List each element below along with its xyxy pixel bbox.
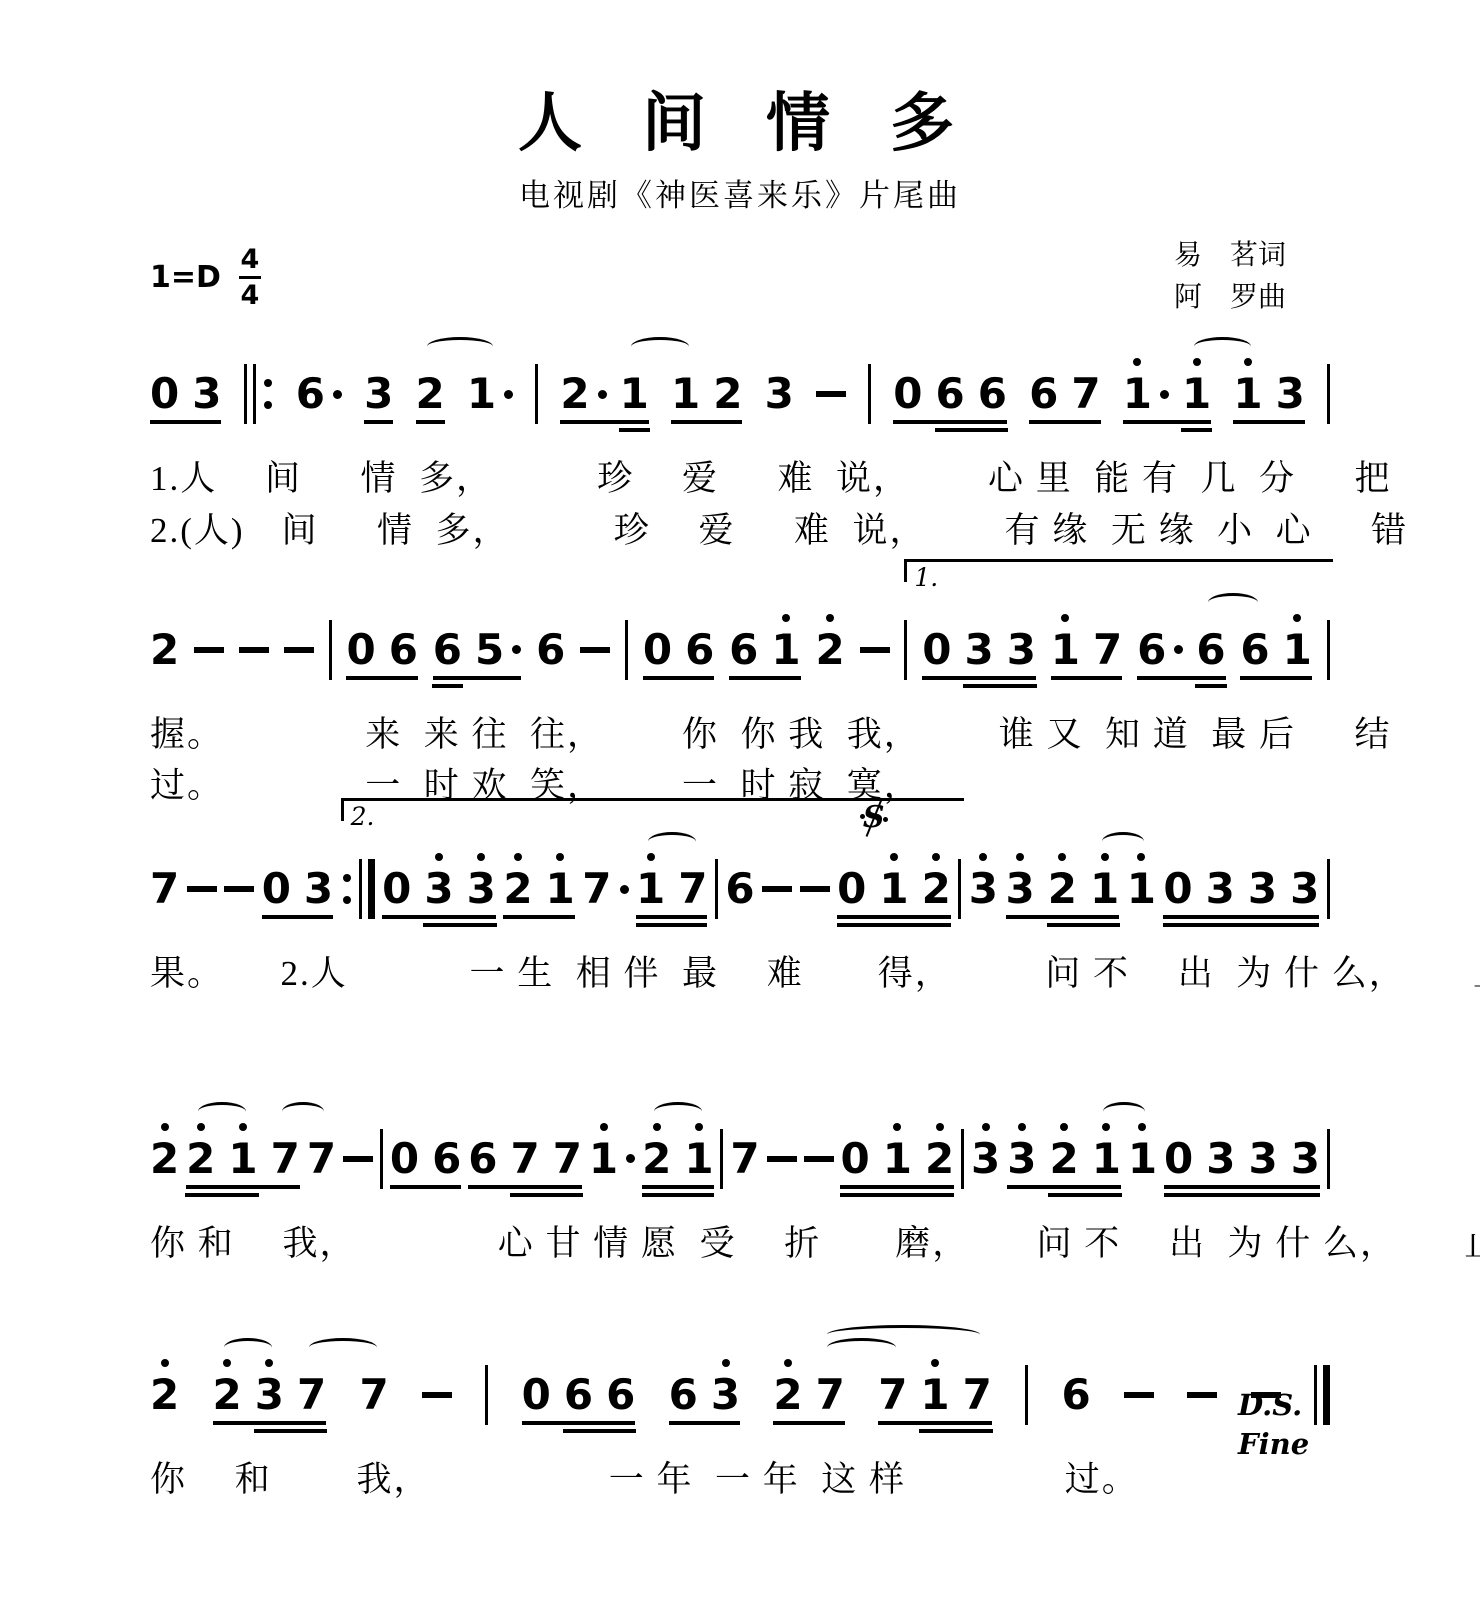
octave-dot-icon xyxy=(1058,853,1066,861)
augmentation-dot-icon xyxy=(504,390,513,399)
note-value: 1 xyxy=(1233,373,1262,415)
octave-dot-icon xyxy=(647,853,655,861)
note-token: 6 xyxy=(536,629,565,671)
octave-dot-icon xyxy=(1060,1123,1068,1131)
note: 2 xyxy=(213,1374,242,1416)
note-value: 1 xyxy=(1182,373,1211,415)
beam-group: 21 xyxy=(560,373,648,415)
note-value: 6 xyxy=(978,373,1007,415)
barline-stroke xyxy=(1314,1365,1317,1425)
note-value: 1 xyxy=(620,373,649,415)
slur xyxy=(1208,593,1258,612)
note-token: 7 xyxy=(307,1138,336,1180)
note-token: 3 xyxy=(969,868,998,910)
system-1: 036321211230666711131.人 间 情 多， 珍 爱 难 说， … xyxy=(0,361,1480,553)
segno-dot xyxy=(883,817,888,822)
note-value: 2 xyxy=(503,868,532,910)
octave-dot-icon xyxy=(477,853,485,861)
note-value: 0 xyxy=(522,1374,551,1416)
note-token: 2 xyxy=(150,629,179,671)
barline-stroke xyxy=(244,364,247,424)
note: 0 xyxy=(262,868,291,910)
note: 1 xyxy=(546,868,575,910)
beam-group: 11 xyxy=(1123,373,1211,415)
final-barline xyxy=(1314,1365,1330,1425)
note-value: 6 xyxy=(606,1374,635,1416)
note: 3 xyxy=(1007,1138,1036,1180)
beam-subgroup: 66 xyxy=(564,1374,635,1416)
note-value: 1 xyxy=(1123,373,1152,415)
octave-dot-icon xyxy=(784,1359,792,1367)
note-value: 3 xyxy=(1007,1138,1036,1180)
note-value: 3 xyxy=(304,868,333,910)
key-text: 1=D xyxy=(150,260,221,295)
notes-row: 2237706663277176 xyxy=(150,1362,1330,1428)
octave-dot-icon xyxy=(1244,358,1252,366)
note-value: 6 xyxy=(296,373,325,415)
slur xyxy=(631,337,688,356)
note-value: 7 xyxy=(582,868,611,910)
note: 7 xyxy=(1093,629,1122,671)
note-value: 6 xyxy=(729,629,758,671)
note: 6 xyxy=(725,868,754,910)
note: 3 xyxy=(1291,1138,1320,1180)
octave-dot-icon xyxy=(265,1359,273,1367)
note-value: 6 xyxy=(468,1138,497,1180)
beam-group: 27 xyxy=(773,1374,844,1416)
octave-dot-icon xyxy=(1293,614,1301,622)
augmentation-dot-icon xyxy=(333,390,342,399)
note-value: 3 xyxy=(1206,1138,1235,1180)
augmentation-dot-icon xyxy=(620,885,629,894)
note: 1 xyxy=(1233,373,1262,415)
note: 2 xyxy=(713,373,742,415)
note-value: 7 xyxy=(360,1374,389,1416)
note: 6 xyxy=(1029,373,1058,415)
barline xyxy=(1327,620,1330,680)
note: 0 xyxy=(840,1138,869,1180)
repeat-close-barline xyxy=(341,859,375,919)
barline xyxy=(868,364,871,424)
note: 6 xyxy=(936,373,965,415)
note: 0 xyxy=(390,1138,419,1180)
duration-dash xyxy=(1187,1392,1217,1398)
note: 2 xyxy=(773,1374,802,1416)
duration-dash xyxy=(800,886,830,892)
duration-dash xyxy=(422,1392,452,1398)
beam-group: 67 xyxy=(1029,373,1100,415)
octave-dot-icon xyxy=(1133,358,1141,366)
beam-group: 03 xyxy=(262,868,333,910)
lyricist-credit: 易 茗词 xyxy=(1174,235,1286,277)
note: 0 xyxy=(150,373,179,415)
note-value: 2 xyxy=(815,629,844,671)
note-value: 1 xyxy=(920,1374,949,1416)
octave-dot-icon xyxy=(931,1359,939,1367)
beam-group: 0333 xyxy=(1163,868,1319,910)
slur xyxy=(198,1102,246,1121)
note: 1 xyxy=(1123,373,1169,415)
duration-dash xyxy=(224,886,254,892)
note: 7 xyxy=(678,868,707,910)
octave-dot-icon xyxy=(722,1359,730,1367)
octave-dot-icon xyxy=(979,853,987,861)
note: 6 xyxy=(296,373,342,415)
note-value: 6 xyxy=(725,868,754,910)
note: 6 xyxy=(389,629,418,671)
barline xyxy=(1025,1365,1028,1425)
note: 6 xyxy=(1196,629,1225,671)
note: 1 xyxy=(671,373,700,415)
note-value: 6 xyxy=(433,629,462,671)
note-value: 6 xyxy=(564,1374,593,1416)
note-value: 1 xyxy=(636,868,665,910)
note-token: 6 xyxy=(296,373,342,415)
beam-subgroup: 1 xyxy=(1182,373,1211,415)
system-4: 22177066771217012332110333你 和 我， 心 甘 情 愿… xyxy=(0,1126,1480,1266)
note-token: 1 xyxy=(1127,868,1156,910)
note-value: 3 xyxy=(1007,629,1036,671)
note-token: 7 xyxy=(730,1138,759,1180)
note-value: 0 xyxy=(150,373,179,415)
note-value: 2 xyxy=(560,373,589,415)
note-value: 1 xyxy=(1051,629,1080,671)
note-value: 0 xyxy=(840,1138,869,1180)
note: 7 xyxy=(150,868,179,910)
segno-icon: S xyxy=(860,800,888,836)
beam-group: 61 xyxy=(1240,629,1311,671)
time-signature: 4 4 xyxy=(239,246,261,309)
repeat-open-barline xyxy=(244,364,274,424)
octave-dot-icon xyxy=(893,1123,901,1131)
beam-subgroup: 21 xyxy=(186,1138,257,1180)
note: 2 xyxy=(925,1138,954,1180)
barline xyxy=(961,1129,964,1189)
octave-dot-icon xyxy=(197,1123,205,1131)
barline xyxy=(1327,364,1330,424)
note: 0 xyxy=(837,868,866,910)
note: 6 xyxy=(685,629,714,671)
note: 2 xyxy=(642,1138,671,1180)
note: 1 xyxy=(228,1138,257,1180)
note-value: 3 xyxy=(364,373,393,415)
ds-label: D.S. xyxy=(1238,1386,1309,1425)
beam-group: 21 xyxy=(642,1138,713,1180)
octave-dot-icon xyxy=(826,614,834,622)
augmentation-dot-icon xyxy=(598,390,607,399)
note-value: 3 xyxy=(971,1138,1000,1180)
system-2: 206656066120331766611.握。 来 来 往 往， 你 你 我 … xyxy=(0,617,1480,809)
beam-subgroup: 33 xyxy=(964,629,1035,671)
note: 3 xyxy=(1248,868,1277,910)
note-value: 0 xyxy=(837,868,866,910)
duration-dash xyxy=(343,1156,373,1162)
meta-row: 1=D 4 4 易 茗词 阿 罗曲 xyxy=(150,235,1330,319)
note: 3 xyxy=(711,1374,740,1416)
note: 3 xyxy=(192,373,221,415)
beam-group: 012 xyxy=(840,1138,954,1180)
note: 6 xyxy=(1137,629,1183,671)
octave-dot-icon xyxy=(1137,853,1145,861)
duration-dash xyxy=(580,647,610,653)
note-value: 3 xyxy=(192,373,221,415)
note: 0 xyxy=(922,629,951,671)
note: 2 xyxy=(416,373,445,415)
barline xyxy=(1327,1129,1330,1189)
augmentation-dot-icon xyxy=(1160,390,1169,399)
note: 1 xyxy=(879,868,908,910)
composer-credit: 阿 罗曲 xyxy=(1174,277,1286,319)
beam-group: 06 xyxy=(643,629,714,671)
beam-group: 66 xyxy=(1137,629,1225,671)
note-value: 7 xyxy=(1071,373,1100,415)
augmentation-dot-icon xyxy=(512,645,521,654)
note: 5 xyxy=(475,629,521,671)
note-value: 2 xyxy=(1048,868,1077,910)
note-value: 6 xyxy=(936,373,965,415)
note: 2 xyxy=(1048,868,1077,910)
note: 7 xyxy=(297,1374,326,1416)
beam-group: 3 xyxy=(364,373,393,415)
note-value: 7 xyxy=(553,1138,582,1180)
barline xyxy=(958,859,961,919)
note: 6 xyxy=(1061,1374,1090,1416)
lyrics-line-1: 握。 来 来 往 往， 你 你 我 我， 谁 又 知 道 最 后 结 xyxy=(150,713,1330,757)
note-value: 0 xyxy=(643,629,672,671)
note-value: 3 xyxy=(969,868,998,910)
note-value: 2 xyxy=(925,1138,954,1180)
note: 1 xyxy=(1128,1138,1157,1180)
octave-dot-icon xyxy=(161,1123,169,1131)
note: 3 xyxy=(765,373,794,415)
note-token: 2 xyxy=(815,629,844,671)
octave-dot-icon xyxy=(1138,1123,1146,1131)
note: 6 xyxy=(432,1138,461,1180)
note-value: 3 xyxy=(467,868,496,910)
note: 2 xyxy=(150,1138,179,1180)
note-value: 2 xyxy=(642,1138,671,1180)
beam-subgroup: 21 xyxy=(1048,868,1119,910)
note: 7 xyxy=(963,1374,992,1416)
note-value: 1 xyxy=(1092,1138,1121,1180)
barline xyxy=(720,1129,723,1189)
note-value: 6 xyxy=(536,629,565,671)
octave-dot-icon xyxy=(556,853,564,861)
barline-stroke xyxy=(253,364,256,424)
beam-subgroup: 37 xyxy=(255,1374,326,1416)
note-token: 7 xyxy=(360,1374,389,1416)
note-token: 1 xyxy=(589,1138,635,1180)
note: 3 xyxy=(1006,868,1035,910)
note: 3 xyxy=(1206,1138,1235,1180)
duration-dash xyxy=(284,647,314,653)
duration-dash xyxy=(767,1156,797,1162)
note-value: 2 xyxy=(150,1138,179,1180)
octave-dot-icon xyxy=(514,853,522,861)
duration-dash xyxy=(804,1156,834,1162)
volta-label: 1. xyxy=(914,563,938,592)
beam-subgroup: 6 xyxy=(1196,629,1225,671)
note: 2 xyxy=(1049,1138,1078,1180)
note: 7 xyxy=(730,1138,759,1180)
octave-dot-icon xyxy=(1061,614,1069,622)
barline xyxy=(1327,859,1330,919)
duration-dash xyxy=(187,886,217,892)
time-signature-top: 4 xyxy=(241,246,260,273)
note-value: 6 xyxy=(432,1138,461,1180)
note-value: 1 xyxy=(671,373,700,415)
note: 7 xyxy=(1071,373,1100,415)
octave-dot-icon xyxy=(653,1123,661,1131)
octave-dot-icon xyxy=(982,1123,990,1131)
beam-group: 321 xyxy=(1007,1138,1121,1180)
barline xyxy=(904,620,907,680)
slur xyxy=(654,1102,702,1121)
slur xyxy=(427,337,493,356)
notes-row: 7030332171760123321103332.S xyxy=(150,856,1330,922)
note-value: 3 xyxy=(1290,868,1319,910)
note: 1 xyxy=(467,373,513,415)
note-value: 5 xyxy=(475,629,504,671)
note-value: 7 xyxy=(271,1138,300,1180)
barline-stroke xyxy=(1323,1365,1330,1425)
score: 036321211230666711131.人 间 情 多， 珍 爱 难 说， … xyxy=(0,361,1480,1501)
note: 0 xyxy=(1163,868,1192,910)
note-value: 6 xyxy=(1029,373,1058,415)
note: 6 xyxy=(978,373,1007,415)
note: 1 xyxy=(620,373,649,415)
note-value: 7 xyxy=(1093,629,1122,671)
barline xyxy=(485,1365,488,1425)
fine-label: Fine xyxy=(1238,1425,1309,1464)
note: 6 xyxy=(564,1374,593,1416)
credits: 易 茗词 阿 罗曲 xyxy=(1174,235,1286,319)
octave-dot-icon xyxy=(1101,853,1109,861)
barline xyxy=(715,859,718,919)
note-token: 6 xyxy=(725,868,754,910)
beam-group: 012 xyxy=(837,868,951,910)
note-token: 7 xyxy=(582,868,628,910)
note: 3 xyxy=(971,1138,1000,1180)
note-value: 2 xyxy=(213,1374,242,1416)
lyrics-line-2: 2.(人) 间 情 多， 珍 爱 难 说， 有 缘 无 缘 小 心 错 xyxy=(150,509,1330,553)
beam-subgroup: 21 xyxy=(1049,1138,1120,1180)
note-value: 6 xyxy=(685,629,714,671)
octave-dot-icon xyxy=(239,1123,247,1131)
note-value: 1 xyxy=(1128,1138,1157,1180)
slur xyxy=(309,1338,378,1357)
note-value: 3 xyxy=(424,868,453,910)
note: 3 xyxy=(1249,1138,1278,1180)
sheet-music-page: 人 间 情 多 电视剧《神医喜来乐》片尾曲 1=D 4 4 易 茗词 阿 罗曲 … xyxy=(0,0,1480,1600)
note: 1 xyxy=(1283,629,1312,671)
note-value: 3 xyxy=(964,629,993,671)
note: 0 xyxy=(893,373,922,415)
duration-dash xyxy=(816,391,846,397)
note-value: 3 xyxy=(1249,1138,1278,1180)
note-value: 3 xyxy=(1006,868,1035,910)
note-token: 1 xyxy=(1128,1138,1157,1180)
note: 6 xyxy=(468,1138,497,1180)
volta-label: 2. xyxy=(351,802,375,831)
note: 3 xyxy=(1276,373,1305,415)
slur xyxy=(648,832,696,851)
note-value: 3 xyxy=(1248,868,1277,910)
note-value: 2 xyxy=(186,1138,215,1180)
lyrics-line-1: 你 和 我， 心 甘 情 愿 受 折 磨， 问 不 出 为 什 么， 止 不 住 xyxy=(150,1222,1330,1266)
barline xyxy=(535,364,538,424)
lyrics-line-1: 果。 2.人 一 生 相 伴 最 难 得， 问 不 出 为 什 么， 止 不 住 xyxy=(150,952,1330,996)
segno-dot xyxy=(860,814,865,819)
beam-subgroup: 6 xyxy=(433,629,462,671)
note-value: 0 xyxy=(382,868,411,910)
note-token: 1 xyxy=(467,373,513,415)
beam-group: 17 xyxy=(1051,629,1122,671)
octave-dot-icon xyxy=(223,1359,231,1367)
note: 6 xyxy=(536,629,565,671)
note-value: 7 xyxy=(678,868,707,910)
note-value: 1 xyxy=(771,629,800,671)
note-value: 3 xyxy=(765,373,794,415)
note: 7 xyxy=(360,1374,389,1416)
system-3: 7030332171760123321103332.S果。 2.人 一 生 相 … xyxy=(0,856,1480,996)
beam-group: 066 xyxy=(522,1374,636,1416)
note: 7 xyxy=(878,1374,907,1416)
note: 6 xyxy=(729,629,758,671)
beam-group: 65 xyxy=(433,629,521,671)
beam-subgroup: 77 xyxy=(511,1138,582,1180)
note: 0 xyxy=(1164,1138,1193,1180)
note-value: 7 xyxy=(511,1138,540,1180)
note: 7 xyxy=(271,1138,300,1180)
note-value: 3 xyxy=(1291,1138,1320,1180)
note-value: 7 xyxy=(878,1374,907,1416)
note-value: 7 xyxy=(963,1374,992,1416)
note-value: 7 xyxy=(307,1138,336,1180)
barline xyxy=(329,620,332,680)
duration-dash xyxy=(1124,1392,1154,1398)
repeat-dot xyxy=(264,401,272,409)
notes-row: 03632121123066671113 xyxy=(150,361,1330,427)
note-value: 6 xyxy=(1137,629,1166,671)
duration-dash xyxy=(762,886,792,892)
beam-group: 63 xyxy=(669,1374,740,1416)
lyrics-line-1: 1.人 间 情 多， 珍 爱 难 说， 心 里 能 有 几 分 把 xyxy=(150,457,1330,501)
note-token: 2 xyxy=(150,1374,179,1416)
note-value: 0 xyxy=(390,1138,419,1180)
note-token: 3 xyxy=(971,1138,1000,1180)
octave-dot-icon xyxy=(1018,1123,1026,1131)
note: 0 xyxy=(346,629,375,671)
note-value: 6 xyxy=(389,629,418,671)
note: 6 xyxy=(669,1374,698,1416)
note: 1 xyxy=(1092,1138,1121,1180)
beam-group: 12 xyxy=(671,373,742,415)
slur xyxy=(282,1102,324,1121)
beam-group: 21 xyxy=(503,868,574,910)
slur xyxy=(1102,832,1145,851)
note-value: 1 xyxy=(1283,629,1312,671)
ds-fine-marking: D.S. Fine xyxy=(1238,1386,1309,1464)
note-value: 0 xyxy=(1163,868,1192,910)
note: 7 xyxy=(553,1138,582,1180)
note: 2 xyxy=(150,1374,179,1416)
song-title: 人 间 情 多 xyxy=(0,92,1480,156)
note: 7 xyxy=(582,868,628,910)
note: 2 xyxy=(186,1138,215,1180)
octave-dot-icon xyxy=(936,1123,944,1131)
slur xyxy=(827,1325,980,1344)
